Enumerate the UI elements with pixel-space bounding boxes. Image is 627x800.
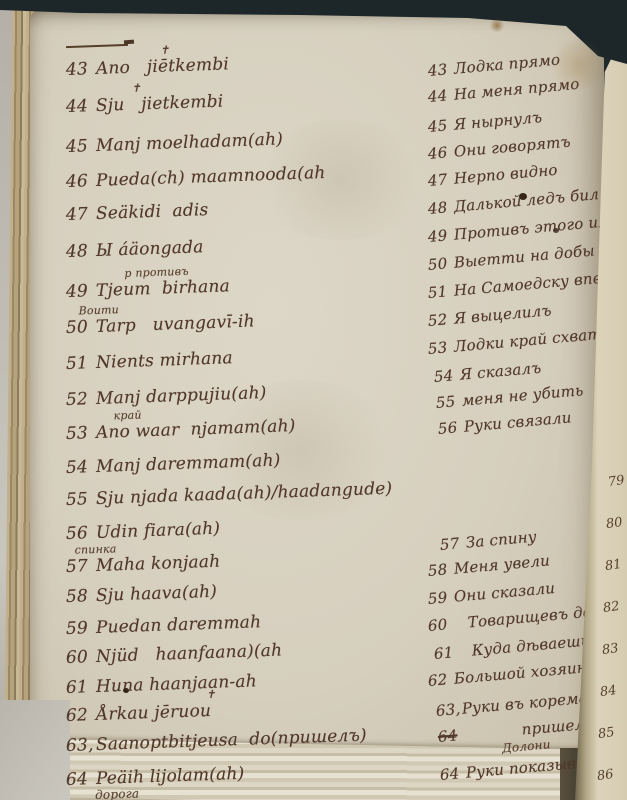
next-page-number: 80 xyxy=(605,515,623,532)
entry-text: Nients mirhana xyxy=(96,348,234,373)
entry-number: 43 xyxy=(427,60,454,80)
entry-number: 64 xyxy=(66,769,97,790)
next-page-number: 82 xyxy=(602,599,620,616)
right-entry-56: 56Руки связали xyxy=(437,408,572,438)
entry-number: 50 xyxy=(66,317,97,338)
entry-text: Далькой ледъ бил xyxy=(453,185,600,216)
entry-number: 59 xyxy=(427,588,454,608)
left-entry-61: 61Huna haanjaan-ah xyxy=(66,671,258,698)
entry-text: Куда дѣваешь xyxy=(471,631,590,659)
right-entry-62: 62Большой хозяинъ xyxy=(427,657,598,690)
right-entry-45: 45Я нырнулъ xyxy=(427,108,543,136)
entry-number: 64 xyxy=(437,726,464,746)
entry-text: Seäkidi adis xyxy=(96,200,209,224)
entry-number: 53 xyxy=(66,423,97,444)
left-entry-44: 44Sju jietkembi✝ xyxy=(66,92,224,117)
entry-number: 48 xyxy=(427,198,454,218)
entry-number: 49 xyxy=(66,281,97,302)
entry-number: 51 xyxy=(427,282,454,302)
entry-number: 62 xyxy=(66,705,97,726)
right-entry-51: 51На Самоедску вперед xyxy=(427,266,627,302)
entry-text: Pueda(ch) maamnooda(ah xyxy=(96,163,326,191)
entry-text: За спину xyxy=(465,528,537,552)
left-entry-59: 59Puedan daremmah xyxy=(66,612,262,639)
next-page-number: 86 xyxy=(596,767,614,784)
entry-number: 56 xyxy=(66,523,97,544)
right-entry-47: 47Нерпо видно xyxy=(427,161,558,190)
right-entry-50: 50Выетти на добы xyxy=(427,241,595,274)
left-entry-48: 48Ы áäongada xyxy=(66,237,204,262)
left-entry-62: 62Årkau jēruou✝ xyxy=(66,701,212,726)
next-page-number: 81 xyxy=(604,557,622,574)
entry-number: 63, xyxy=(66,735,97,756)
entry-text: Puedan daremmah xyxy=(96,612,262,638)
entry-text: Tjeum birhana xyxy=(96,276,231,301)
right-entry-52: 52Я выцелилъ xyxy=(427,301,552,330)
entry-text: Ы áäongada xyxy=(96,237,204,261)
entry-text: Huna haanjaan-ah xyxy=(96,671,258,697)
left-entry-54: 54Manj daremmam(ah) xyxy=(66,451,281,478)
left-entry-56: 56Udin fiara(ah) xyxy=(66,519,221,544)
left-entry-51: 51Nients mirhana xyxy=(66,348,234,374)
right-entry-53: 53Лодки край схватил xyxy=(427,323,622,358)
entry-number: 58 xyxy=(66,586,97,607)
right-entry-48: 48Далькой ледъ бил xyxy=(427,185,599,218)
entry-text: Ano jiētkembi xyxy=(96,54,230,79)
entry-number: 44 xyxy=(66,96,97,117)
entry-number: 64 xyxy=(439,764,466,784)
entry-text: Выетти на добы xyxy=(453,241,595,271)
entry-text: Они говорятъ xyxy=(453,133,571,161)
left-entry-49: 49Tjeum birhanaр противъ xyxy=(66,276,231,302)
left-entry-46: 46Pueda(ch) maamnooda(ah xyxy=(66,163,326,192)
entry-number: 55 xyxy=(435,392,462,412)
next-page-number: 84 xyxy=(599,683,617,700)
entry-number: 57 xyxy=(66,556,97,577)
entry-text: Я выцелилъ xyxy=(453,301,552,327)
entry-number: 63, xyxy=(435,700,462,720)
small-dash-mark xyxy=(124,40,134,45)
left-entry-50: 50Tarp uvangavī-ihВоити xyxy=(66,311,255,338)
right-entry-58: 58Меня увели xyxy=(427,551,550,580)
interlinear-annotation: ✝ xyxy=(131,81,141,94)
left-entry-43: 43Ano jiētkembi✝ xyxy=(66,54,230,80)
left-entry-52: 52Manj darppujiu(ah) xyxy=(66,383,267,410)
entry-text: На меня прямо xyxy=(453,75,580,104)
ink-blot xyxy=(519,193,527,200)
entry-number: 43 xyxy=(66,59,97,80)
entry-text: Руки связали xyxy=(463,408,572,435)
entry-text: Udin fiara(ah) xyxy=(96,519,221,543)
interlinear-annotation: спинка xyxy=(74,542,116,556)
next-page-number: 83 xyxy=(601,641,619,658)
entry-number: 53 xyxy=(427,338,454,358)
left-entry-63,: 63,Saanoptbitjeusa do(пришелъ) xyxy=(66,726,368,756)
entry-number: 61 xyxy=(433,642,472,663)
left-entry-47: 47Seäkidi adis xyxy=(66,200,209,225)
left-entry-64: 64Peäih lijolam(ah)дорога xyxy=(66,764,245,790)
entry-text: Противъ этого ими xyxy=(453,211,621,244)
entry-text: Manj moelhadam(ah) xyxy=(96,129,284,156)
entry-number: 45 xyxy=(66,136,97,157)
photo-of-open-notebook: 43Ano jiētkembi✝44Sju jietkembi✝45Manj m… xyxy=(0,0,627,800)
left-entry-53: 53Ano waar njamam(ah)край xyxy=(66,416,296,444)
right-entry-43: 43Лодка прямо xyxy=(427,50,561,79)
next-page-number: 85 xyxy=(597,725,615,742)
entry-number: 60 xyxy=(66,647,97,668)
entry-text: Njüd haanfaana)(ah xyxy=(96,640,283,666)
entry-number: 57 xyxy=(439,534,466,554)
entry-number: 54 xyxy=(66,457,97,478)
entry-number: 52 xyxy=(66,389,97,410)
ink-blot xyxy=(123,688,129,693)
interlinear-annotation: Воити xyxy=(78,303,119,317)
entry-text: Большой хозяинъ xyxy=(453,657,598,687)
ink-blot xyxy=(553,228,559,233)
entry-text: Sju jietkembi xyxy=(96,92,224,116)
entry-number: 54 xyxy=(433,366,460,386)
entry-text: Лодка прямо xyxy=(453,50,561,77)
entry-text: меня не убить xyxy=(461,381,584,410)
entry-text: Я нырнулъ xyxy=(453,108,543,134)
entry-text: Sju haava(ah) xyxy=(96,582,218,606)
entry-number: 52 xyxy=(427,310,454,330)
entry-number: 58 xyxy=(427,560,454,580)
right-entry-54: 54Я сказалъ xyxy=(433,359,542,386)
entry-number: 47 xyxy=(427,170,454,190)
entry-number: 61 xyxy=(66,677,97,698)
right-entry-46: 46Они говорятъ xyxy=(427,133,571,163)
entry-number: 55 xyxy=(66,489,97,510)
entry-number: 50 xyxy=(427,254,454,274)
entry-text: Manj darppujiu(ah) xyxy=(96,383,267,409)
entry-number: 45 xyxy=(427,116,454,136)
interlinear-annotation: р противъ xyxy=(124,265,189,280)
interlinear-annotation: ✝ xyxy=(160,43,170,56)
right-entry-57: 57За спину xyxy=(439,528,537,554)
sublinear-annotation: Долони xyxy=(501,737,551,755)
left-column-word-list: 43Ano jiētkembi✝44Sju jietkembi✝45Manj m… xyxy=(66,42,456,800)
entry-number: 49 xyxy=(427,226,454,246)
right-entry-61: 61Куда дѣваешь xyxy=(433,631,590,662)
entry-text: Я сказалъ xyxy=(459,359,542,384)
right-entry-55: 55меня не убить xyxy=(435,381,584,412)
left-entry-57: 57Maha konjaahспинка xyxy=(66,552,221,577)
entry-text: Они сказали xyxy=(453,579,556,606)
interlinear-annotation: ✝ xyxy=(206,688,216,701)
entry-number: 59 xyxy=(66,618,97,639)
entry-number: 44 xyxy=(427,86,454,106)
entry-number: 47 xyxy=(66,204,97,225)
left-entry-45: 45Manj moelhadam(ah) xyxy=(66,129,284,157)
interlinear-annotation: край xyxy=(113,408,141,422)
entry-number: 62 xyxy=(427,670,454,690)
entry-number: 60 xyxy=(427,614,468,635)
right-entry-64: 64пришелъДолони xyxy=(437,714,595,746)
entry-text: Нерпо видно xyxy=(453,161,558,188)
entry-number: 51 xyxy=(66,353,97,374)
entry-number: 56 xyxy=(437,418,464,438)
next-page-number: 79 xyxy=(607,473,625,490)
right-entry-44: 44На меня прямо xyxy=(427,75,580,106)
sublinear-annotation: дорога xyxy=(95,786,140,800)
left-entry-58: 58Sju haava(ah) xyxy=(66,582,218,607)
entry-text: Årkau jēruou xyxy=(96,701,212,725)
entry-text: Sju njada kaada(ah)/haadangude) xyxy=(96,479,393,509)
entry-text: Peäih lijolam(ah) xyxy=(96,764,245,789)
left-entry-60: 60Njüd haanfaana)(ah xyxy=(66,640,283,668)
entry-text: Saanoptbitjeusa do(пришелъ) xyxy=(96,726,368,755)
entry-number: 46 xyxy=(427,143,454,163)
background-bottom-left xyxy=(0,700,70,800)
right-entry-59: 59Они сказали xyxy=(427,579,556,608)
entry-number: 48 xyxy=(66,241,97,262)
entry-number: 46 xyxy=(66,171,97,192)
entry-text: Manj daremmam(ah) xyxy=(96,451,281,477)
entry-text: Меня увели xyxy=(453,551,551,577)
left-entry-55: 55Sju njada kaada(ah)/haadangude) xyxy=(66,479,393,510)
